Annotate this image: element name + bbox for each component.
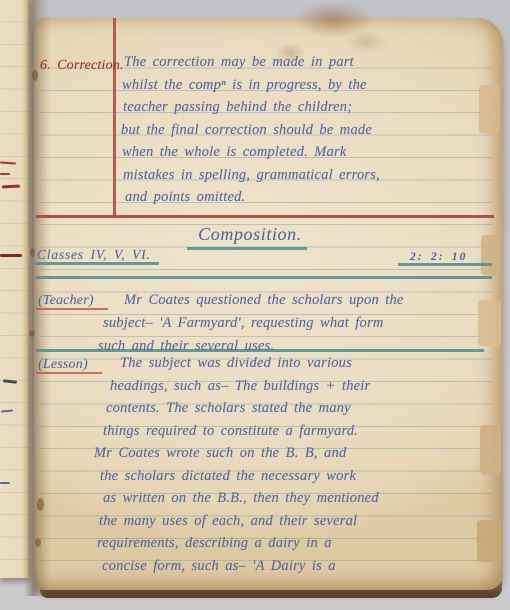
heading-underline [187,247,307,250]
ink-mark [0,482,10,484]
ink-mark [0,161,16,164]
classes-label: Classes IV, V, VI. [37,245,151,265]
handwritten-line: concise form, such as– 'A Dairy is a [102,556,336,576]
ink-mark [0,254,22,257]
ink-mark [2,185,20,188]
lesson-label: (Lesson) [38,355,88,375]
handwritten-line: contents. The scholars stated the many [106,398,351,418]
teacher-label: (Teacher) [38,291,94,311]
margin-label-correction: 6. Correction. [40,56,124,76]
handwritten-line: subject– 'A Farmyard', requesting what f… [103,313,384,333]
foxing-spot [35,538,41,547]
handwritten-line: Mr Coates wrote such on the B. B, and [94,443,346,463]
handwritten-line: and points omitted. [125,187,245,207]
handwritten-line: things required to constitute a farmyard… [103,421,358,441]
foxing-spot [30,248,35,257]
handwritten-line: headings, such as– The buildings + their [110,376,370,396]
handwritten-line: mistakes in spelling, grammatical errors… [123,165,380,185]
handwritten-line: the many uses of each, and their several [99,511,357,531]
handwritten-line: but the final correction should be made [121,120,372,140]
date-code: 2: 2: 10 [410,247,467,267]
handwritten-line: requirements, describing a dairy in a [97,533,332,553]
handwritten-line: The correction may be made in part [124,52,354,72]
worn-edge [481,235,500,275]
foxing-spot [37,498,44,511]
handwritten-line: The subject was divided into various [120,353,352,373]
teal-rule [36,276,492,279]
handwritten-line: whilst the compⁿ is in progress, by the [122,75,367,95]
red-section-divider [36,215,494,218]
handwritten-line: teacher passing behind the children; [123,97,352,117]
worn-edge [479,85,500,133]
worn-edge [480,425,501,475]
foxing-spot [32,70,38,81]
notebook-scan: 6. Correction. The correction may be mad… [0,0,510,610]
section-heading: Composition. [170,224,330,244]
handwritten-line: Mr Coates questioned the scholars upon t… [124,290,404,310]
ink-mark [1,409,13,412]
handwritten-line: the scholars dictated the necessary work [100,466,356,486]
worn-edge [478,300,501,346]
red-margin-line [113,18,116,217]
handwritten-line: as written on the B.B., then they mentio… [103,488,379,508]
worn-edge [477,520,501,562]
foxing-spot [29,330,35,337]
ink-mark [3,379,17,383]
ink-mark [0,173,10,175]
handwritten-line: when the whole is completed. Mark [122,142,346,162]
